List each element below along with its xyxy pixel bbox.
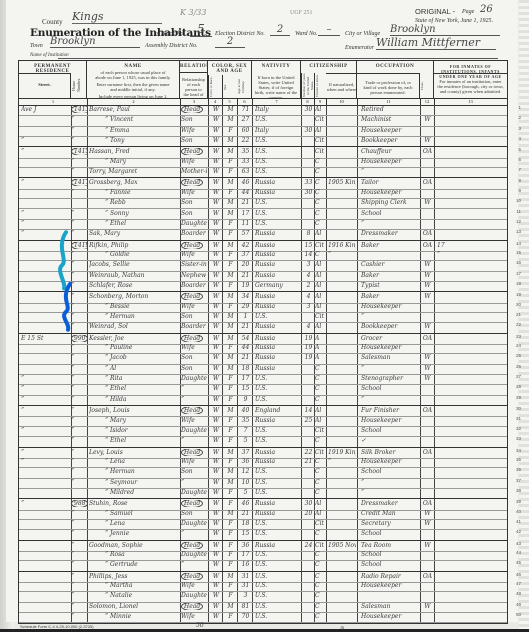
cell-color: W: [210, 542, 222, 549]
cell-occ: School: [361, 385, 421, 392]
cell-years: 8: [303, 230, 314, 237]
col-citizenship: CITIZENSHIP Number of years in the Unite…: [301, 61, 357, 98]
cell-color: W: [210, 437, 222, 444]
line-number: 7: [518, 167, 521, 172]
line-number: 26: [516, 364, 521, 369]
cell-house: ”: [71, 603, 87, 610]
cell-cit: Al: [315, 303, 327, 310]
cell-nativity: Russia: [255, 303, 301, 310]
cell-street: ”: [21, 407, 69, 414]
line-number: 40: [516, 509, 521, 514]
line-number: 38: [516, 488, 521, 493]
col-name-desc-1: of each person whose usual place of abod…: [87, 69, 179, 81]
line-number: 28: [516, 384, 521, 389]
line-number: 24: [516, 343, 521, 348]
cell-relation: Wife: [181, 613, 207, 620]
cell-sex: F: [224, 551, 237, 558]
cell-cit: Cit: [315, 449, 327, 456]
line-number: 2: [518, 115, 521, 120]
cell-nativity: U.S.: [255, 551, 301, 558]
cell-nativity: Italy: [255, 127, 301, 134]
cell-age: 12: [239, 468, 252, 475]
cell-occ: Retired: [361, 106, 421, 113]
line-number: 33: [516, 436, 521, 441]
cell-sex: M: [224, 137, 237, 144]
cell-name: Weinraub, Nathan: [89, 272, 179, 279]
cell-color: W: [210, 282, 222, 289]
cell-relation: Head: [181, 407, 207, 414]
line-number: 10: [516, 198, 521, 203]
cell-cit: Al: [315, 272, 327, 279]
cell-cit: Al: [315, 261, 327, 268]
cell-name: ” Ethel: [89, 220, 195, 227]
line-number: 3: [518, 126, 521, 131]
cell-sex: M: [224, 468, 237, 475]
stamp: K 3/33: [180, 8, 206, 17]
cell-relation: Daughter: [181, 551, 207, 558]
cell-years: 19: [303, 335, 314, 342]
cell-color: W: [210, 210, 222, 217]
line-number: 32: [516, 426, 521, 431]
cell-years: 3: [303, 303, 314, 310]
cell-name: ” Ethel: [89, 437, 195, 444]
line-number: 30: [516, 406, 521, 411]
election-value: 2: [270, 24, 290, 36]
cell-house: ”: [71, 468, 87, 475]
cell-color: W: [210, 189, 222, 196]
cell-relation: Son: [181, 354, 207, 361]
cell-nativity: U.S.: [255, 582, 301, 589]
cell-sex: F: [224, 396, 237, 403]
cell-relation: Son: [181, 199, 207, 206]
cell-house: ”: [71, 365, 87, 372]
cell-cit: C: [315, 468, 327, 475]
cell-relation: Head: [181, 335, 207, 342]
cell-occ: Dressmaker: [361, 500, 421, 507]
line-number: 16: [516, 260, 521, 265]
cell-age: 21: [239, 510, 252, 517]
col-age: Age at last birthday.: [237, 75, 252, 98]
cell-house: ”: [71, 417, 87, 424]
cell-name: ” Gertrude: [89, 561, 195, 568]
cell-cit: Al: [315, 510, 327, 517]
cell-house: ”: [71, 344, 87, 351]
col-occupation-desc: Trade or profession of, or kind of work …: [357, 73, 420, 98]
cell-occ: Dressmaker: [361, 230, 421, 237]
cell-relation: Daughter: [181, 220, 207, 227]
page-number: 26: [480, 4, 493, 15]
cell-nativity: Russia: [255, 449, 301, 456]
cell-inst: 17: [437, 242, 505, 249]
cell-name: ” Ethel: [89, 385, 195, 392]
cell-cit: Cit: [315, 520, 327, 527]
cell-color: W: [210, 293, 222, 300]
cell-street: ”: [21, 449, 69, 456]
cell-cls: OA: [421, 500, 434, 507]
cell-nativity: Russia: [255, 417, 301, 424]
cell-age: 21: [239, 272, 252, 279]
cell-house: ”: [71, 520, 87, 527]
cell-cit: A: [315, 335, 327, 342]
cell-sex: F: [224, 437, 237, 444]
cell-nativity: Italy: [255, 106, 301, 113]
cell-cls: W: [421, 137, 434, 144]
cell-name: Barrese, Paul: [89, 106, 179, 113]
cell-cls: OA: [421, 335, 434, 342]
cell-street: E 15 St: [21, 335, 69, 342]
cell-nat: ”: [328, 251, 356, 258]
cell-years: 30: [303, 500, 314, 507]
cell-age: 36: [239, 542, 252, 549]
cell-color: W: [210, 168, 222, 175]
cell-nat: 1919 Kings Co: [328, 449, 356, 456]
cell-color: W: [210, 335, 222, 342]
cell-age: 15: [239, 385, 252, 392]
cell-sex: M: [224, 323, 237, 330]
cell-color: W: [210, 489, 222, 496]
cell-years: 20: [303, 510, 314, 517]
cell-sex: F: [224, 168, 237, 175]
cell-name: ” Pauline: [89, 344, 195, 351]
cell-color: W: [210, 510, 222, 517]
cell-age: 44: [239, 344, 252, 351]
cell-house: ”: [71, 551, 87, 558]
cell-age: 37: [239, 449, 252, 456]
col-street: Street.: [19, 73, 71, 98]
cell-street: ”: [21, 230, 69, 237]
cell-years: 3: [303, 261, 314, 268]
cell-years: 19: [303, 344, 314, 351]
cell-relation: ”: [181, 561, 207, 568]
cell-age: 17: [239, 551, 252, 558]
cell-house: 1415: [71, 148, 87, 155]
assembly-value: 2: [215, 36, 245, 48]
cell-color: W: [210, 106, 222, 113]
cell-street: ”: [21, 396, 69, 403]
cell-name: ” Isidor: [89, 427, 195, 434]
col-name-desc-2: Enter surname first, then the given name…: [87, 81, 179, 93]
cell-name: Schlafer, Rose: [89, 282, 179, 289]
cell-age: 20: [239, 261, 252, 268]
cell-street: Ave J: [21, 106, 69, 113]
cell-street: ”: [21, 458, 69, 465]
line-number: 31: [516, 416, 521, 421]
cell-years: 4: [303, 323, 314, 330]
cell-street: ”: [21, 179, 69, 186]
line-number: 35: [516, 457, 521, 462]
cell-occ: Bookkeeper: [361, 137, 421, 144]
cell-relation: Head: [181, 573, 207, 580]
cell-occ: ”: [361, 220, 421, 227]
cell-house: ”: [71, 210, 87, 217]
line-number: 22: [516, 322, 521, 327]
cell-nativity: U.S.: [255, 489, 301, 496]
cell-relation: Head: [181, 500, 207, 507]
cell-sex: M: [224, 313, 237, 320]
cell-years: 30: [303, 106, 314, 113]
col-occupation: OCCUPATION Trade or profession of, or ki…: [357, 61, 434, 98]
cell-house: ”: [71, 561, 87, 568]
cell-cit: C: [315, 189, 327, 196]
cell-house: ”: [71, 530, 87, 537]
cell-years: 30: [303, 189, 314, 196]
cell-color: W: [210, 354, 222, 361]
cell-cit: C: [315, 365, 327, 372]
line-number: 12: [516, 219, 521, 224]
cell-color: W: [210, 479, 222, 486]
cell-sex: F: [224, 592, 237, 599]
cell-occ: School: [361, 530, 421, 537]
line-number: 6: [518, 157, 521, 162]
cell-cit: C: [315, 375, 327, 382]
cell-years: 14: [303, 251, 314, 258]
cell-age: 29: [239, 303, 252, 310]
cell-house: 990: [71, 335, 87, 342]
line-number: 19: [516, 292, 521, 297]
cell-house: ”: [71, 427, 87, 434]
cell-occ: Salesman: [361, 603, 421, 610]
cell-name: ” Al: [89, 365, 195, 372]
cell-cit: C: [315, 530, 327, 537]
line-number: 44: [516, 550, 521, 555]
cell-house: ”: [71, 303, 87, 310]
census-table: PERMANENT RESIDENCE Street. House Number…: [18, 60, 508, 624]
cell-nativity: U.S.: [255, 468, 301, 475]
cell-color: W: [210, 582, 222, 589]
cell-color: W: [210, 603, 222, 610]
col-relation-desc: Relationship of each person to the head …: [180, 72, 207, 98]
cell-relation: ”: [181, 530, 207, 537]
cell-color: W: [210, 520, 222, 527]
cell-color: W: [210, 396, 222, 403]
line-number: 9: [518, 188, 521, 193]
cell-cit: C: [315, 179, 327, 186]
cell-cit: C: [315, 458, 327, 465]
cell-years: 14: [303, 407, 314, 414]
cell-color: W: [210, 561, 222, 568]
line-number: 48: [516, 591, 521, 596]
col-class: Class.: [420, 73, 434, 98]
cell-color: W: [210, 137, 222, 144]
table-row: ”” MinnieWifeWF70U.S.CHousekeeper50: [19, 612, 507, 623]
cell-sex: F: [224, 251, 237, 258]
cell-color: W: [210, 230, 222, 237]
cell-nativity: Russia: [255, 242, 301, 249]
cell-sex: M: [224, 272, 237, 279]
cell-cls: OA: [421, 449, 434, 456]
cell-age: 37: [239, 251, 252, 258]
col-color-sex-age: COLOR, SEX AND AGE Color or Race. Sex. A…: [208, 61, 252, 98]
cell-age: 31: [239, 582, 252, 589]
cell-age: 18: [239, 365, 252, 372]
cell-occ: Cashier: [361, 261, 421, 268]
cell-house: ”: [71, 510, 87, 517]
cell-nat: ”: [328, 458, 356, 465]
cell-relation: Nephew: [181, 272, 207, 279]
cell-age: 46: [239, 179, 252, 186]
cell-cit: C: [315, 592, 327, 599]
cell-years: 4: [303, 293, 314, 300]
cell-street: ”: [21, 210, 69, 217]
cell-name: ” Rita: [89, 375, 195, 382]
cell-age: 57: [239, 230, 252, 237]
cell-name: Solomon, Lionel: [89, 603, 179, 610]
cell-age: 15: [239, 530, 252, 537]
cell-house: ”: [71, 396, 87, 403]
cell-name: Stuhin, Rose: [89, 500, 179, 507]
cell-sex: M: [224, 603, 237, 610]
cell-nativity: Russia: [255, 179, 301, 186]
line-number: 37: [516, 478, 521, 483]
cell-relation: Head: [181, 106, 207, 113]
line-number: 15: [516, 250, 521, 255]
cell-nativity: U.S.: [255, 148, 301, 155]
cell-cls: W: [421, 542, 434, 549]
cell-age: 5: [239, 437, 252, 444]
cell-relation: Daughter: [181, 489, 207, 496]
cell-relation: Son: [181, 313, 207, 320]
cell-cls: W: [421, 293, 434, 300]
cell-years: 4: [303, 272, 314, 279]
cell-color: W: [210, 323, 222, 330]
cell-cls: OA: [421, 148, 434, 155]
cell-cit: C: [315, 479, 327, 486]
cell-relation: ”: [181, 385, 207, 392]
cell-occ: School: [361, 210, 421, 217]
cell-years: 19: [303, 354, 314, 361]
cell-years: 30: [303, 127, 314, 134]
cell-name: ” Mary: [89, 158, 195, 165]
cell-color: W: [210, 116, 222, 123]
cell-cit: Al: [315, 127, 327, 134]
cell-sex: F: [224, 427, 237, 434]
cell-occ: Chauffeur: [361, 148, 421, 155]
cell-street: ”: [21, 500, 69, 507]
cell-cit: C: [315, 396, 327, 403]
cell-sex: F: [224, 520, 237, 527]
cell-cls: W: [421, 323, 434, 330]
cell-cit: C: [315, 603, 327, 610]
cell-nativity: England: [255, 407, 301, 414]
cell-cls: W: [421, 510, 434, 517]
cell-occ: Housekeeper: [361, 582, 421, 589]
cell-cit: C: [315, 437, 327, 444]
cell-cls: OA: [421, 230, 434, 237]
cell-nativity: U.S.: [255, 613, 301, 620]
cell-color: W: [210, 458, 222, 465]
line-number: 49: [516, 602, 521, 607]
cell-age: 44: [239, 189, 252, 196]
line-number: 29: [516, 395, 521, 400]
cell-house: ”: [71, 127, 87, 134]
cell-nativity: U.S.: [255, 210, 301, 217]
cell-occ: Machinist: [361, 116, 421, 123]
line-number: 8: [518, 178, 521, 183]
cell-occ: ✓: [361, 437, 421, 444]
cell-occ: School: [361, 468, 421, 475]
cell-relation: Daughter: [181, 375, 207, 382]
cell-house: ”: [71, 323, 87, 330]
cell-relation: ”: [181, 396, 207, 403]
cell-relation: Daughter: [181, 520, 207, 527]
col-occupation-title: OCCUPATION: [357, 64, 433, 69]
cell-sex: M: [224, 148, 237, 155]
cell-cit: C: [315, 551, 327, 558]
cell-nativity: U.S.: [255, 158, 301, 165]
cell-relation: Wife: [181, 251, 207, 258]
cell-color: W: [210, 500, 222, 507]
cell-name: ” Bessie: [89, 303, 195, 310]
cell-sex: M: [224, 449, 237, 456]
cell-age: 10: [239, 479, 252, 486]
cell-street: ”: [21, 427, 69, 434]
cell-relation: Wife: [181, 158, 207, 165]
cell-name: Phillips, Jess: [89, 573, 179, 580]
cell-age: 70: [239, 613, 252, 620]
cell-house: ”: [71, 189, 87, 196]
cell-relation: Head: [181, 179, 207, 186]
line-number: 23: [516, 334, 521, 339]
cell-age: 40: [239, 407, 252, 414]
cell-age: 1: [239, 313, 252, 320]
cell-house: ”: [71, 293, 87, 300]
cell-occ: Housekeeper: [361, 458, 421, 465]
cell-cit: C: [315, 582, 327, 589]
cell-relation: Head: [181, 242, 207, 249]
col-sex: Sex.: [222, 75, 238, 98]
cell-color: W: [210, 272, 222, 279]
cell-nativity: Russia: [255, 293, 301, 300]
cell-occ: ”: [361, 396, 421, 403]
cell-house: 988: [71, 500, 87, 507]
cell-sex: F: [224, 582, 237, 589]
cell-sex: F: [224, 417, 237, 424]
cell-name: Schonberg, Morton: [89, 293, 179, 300]
cell-house: ”: [71, 479, 87, 486]
sheet-number: 50: [196, 622, 204, 629]
cell-relation: Sister-in-law: [181, 261, 207, 268]
cell-name: ” Herman: [89, 468, 195, 475]
cell-relation: Wife: [181, 417, 207, 424]
cell-house: ”: [71, 282, 87, 289]
cell-occ: ”: [361, 489, 421, 496]
cell-cls: W: [421, 261, 434, 268]
line-number: 20: [516, 302, 521, 307]
cell-relation: Wife: [181, 303, 207, 310]
cell-cit: Al: [315, 106, 327, 113]
cell-age: 21: [239, 354, 252, 361]
cell-relation: Head: [181, 603, 207, 610]
cell-cls: OA: [421, 179, 434, 186]
cell-name: Rifkin, Philip: [89, 242, 179, 249]
cell-age: 9: [239, 396, 252, 403]
original-label: ORIGINAL -: [415, 7, 455, 16]
cell-name: ” Martha: [89, 582, 195, 589]
cell-relation: Boarder: [181, 282, 207, 289]
cell-sex: F: [224, 530, 237, 537]
cell-color: W: [210, 427, 222, 434]
cell-street: ”: [21, 137, 69, 144]
cell-name: Hassan, Fred: [89, 148, 179, 155]
county-label: County: [42, 18, 63, 26]
cell-nativity: Russia: [255, 510, 301, 517]
town-value: Brooklyn: [50, 36, 140, 48]
cell-sex: F: [224, 561, 237, 568]
cell-age: 63: [239, 168, 252, 175]
cell-sex: M: [224, 116, 237, 123]
line-number: 21: [516, 312, 521, 317]
cell-age: 33: [239, 158, 252, 165]
